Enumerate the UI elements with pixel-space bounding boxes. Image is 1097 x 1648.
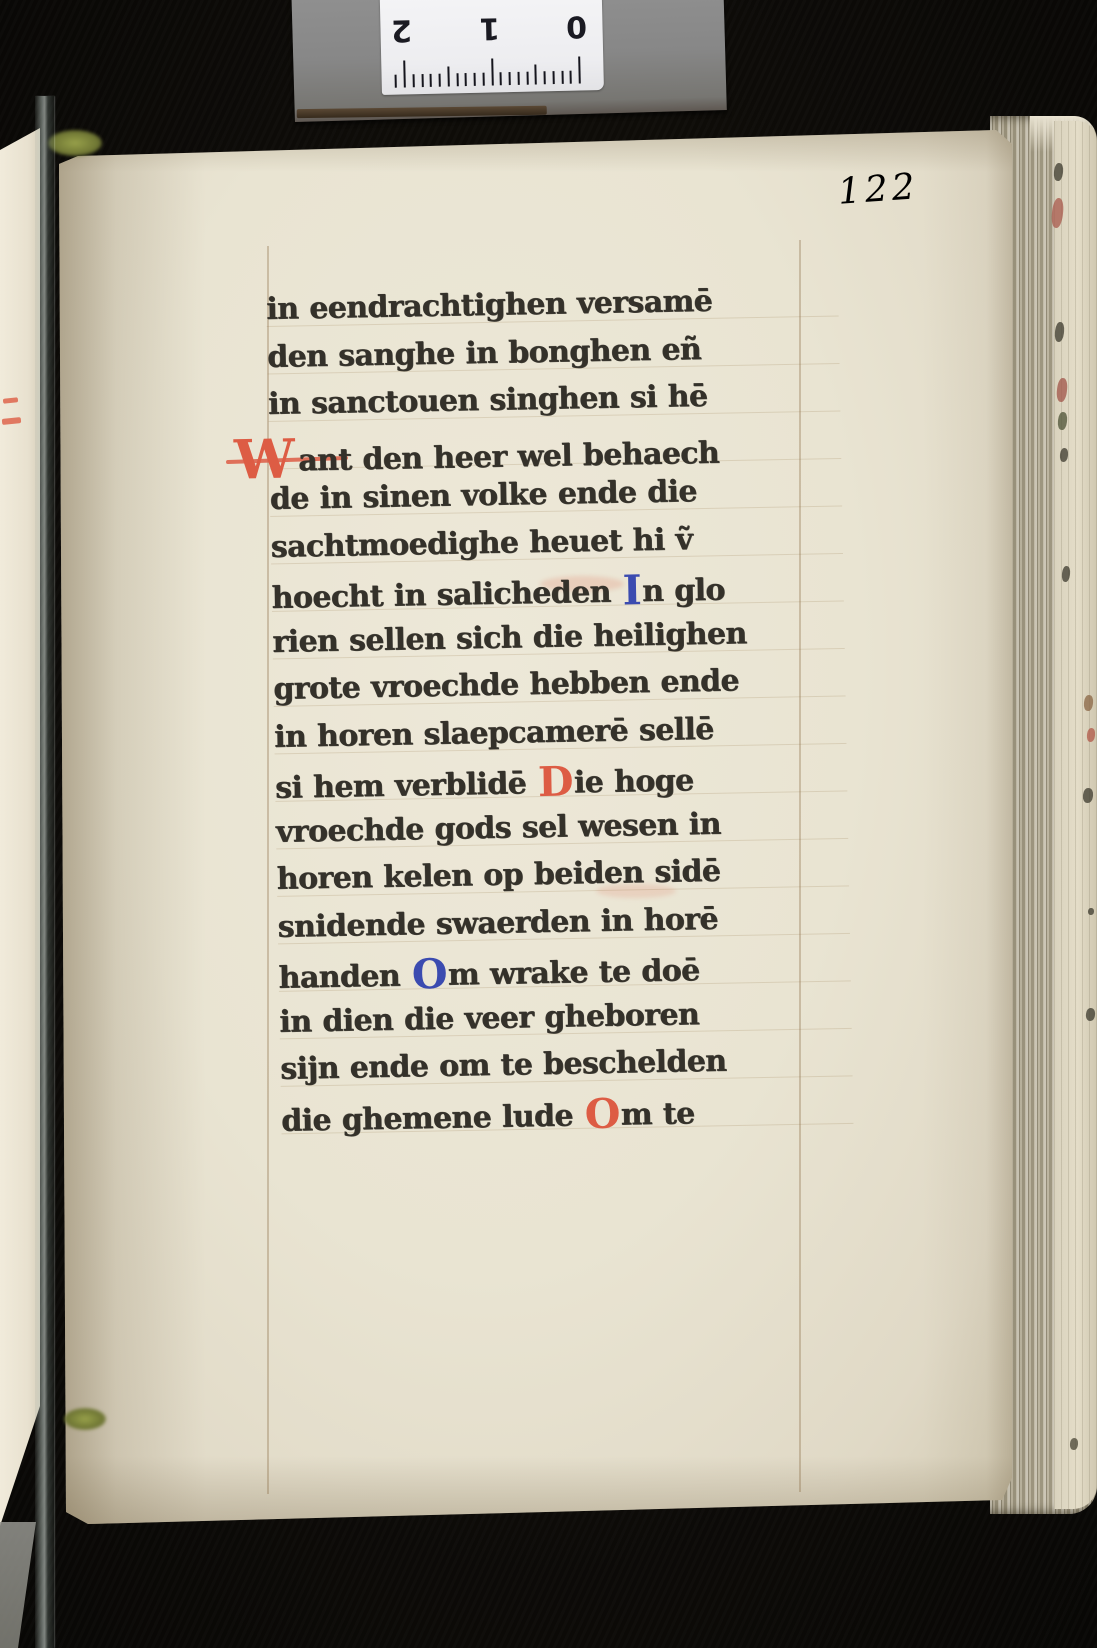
ruler-tick: [447, 66, 449, 86]
text-segment: die ghemene lude: [281, 1098, 584, 1139]
ruler-tick: [439, 74, 441, 87]
endband-fuzz-bottom: [64, 1408, 106, 1430]
text-segment: hoecht in salicheden: [271, 575, 622, 616]
ruler-tick: [552, 71, 554, 84]
rubricated-initial: D: [537, 757, 575, 806]
text-segment: de in sinen volke ende die: [270, 474, 698, 517]
ruler-tick: [465, 73, 467, 86]
ruler-tick: [500, 72, 502, 85]
ruler-tick: [570, 71, 572, 84]
facing-page-red-mark: [2, 417, 22, 425]
text-segment: rien sellen sich die heilighen: [272, 616, 747, 660]
rubricated-initial: I: [621, 566, 642, 614]
manuscript-photo: 2 1 0 122 in eendrachtighen versamēden s…: [0, 0, 1097, 1648]
rubricated-initial: O: [583, 1089, 621, 1138]
text-segment: in dien die veer gheboren: [279, 997, 699, 1040]
rubricated-initial: O: [410, 950, 448, 999]
text-segment: m wrake te doē: [448, 953, 700, 993]
text-segment: den sanghe in bonghen eñ: [267, 332, 701, 375]
ruler-tick: [509, 72, 511, 85]
ruler-tick: [421, 74, 423, 87]
endband-fuzz-top: [48, 130, 102, 156]
glass-sheet-edge-bottom: [0, 1522, 40, 1648]
facing-page-red-mark: [3, 397, 18, 404]
text-segment: sijn ende om te beschelden: [280, 1044, 727, 1087]
ruler-tick: [412, 74, 414, 87]
ruler-tick: [456, 73, 458, 86]
ruler-tick: [561, 71, 563, 84]
text-segment: in eendrachtighen versamē: [266, 284, 712, 327]
ruler-tick: [578, 56, 581, 83]
facing-page-sliver: [0, 118, 40, 1532]
ruler-tick: [535, 64, 537, 84]
ruler-tick: [474, 73, 476, 86]
glass-sheet-edge: [35, 96, 54, 1648]
ruler-tick: [526, 72, 528, 85]
text-segment: m te: [621, 1096, 695, 1132]
text-segment: n glo: [642, 573, 725, 610]
ruler-label-2: 2: [386, 14, 417, 45]
ruler-tick: [482, 73, 484, 86]
ruler-tick: [430, 74, 432, 87]
text-segment: in sanctouen singhen si hē: [268, 379, 708, 422]
ruler-tick: [491, 58, 494, 85]
text-segment: snidende swaerden in horē: [277, 901, 718, 944]
ruler-scale: 2 1 0: [380, 0, 604, 95]
ruler-block: 2 1 0: [291, 0, 727, 122]
ruler-label-1: 1: [474, 12, 505, 43]
ruler-ticks: [389, 49, 598, 88]
text-segment: grote vroechde hebben ende: [273, 663, 739, 707]
text-segment: in horen slaepcamerē sellē: [274, 711, 714, 754]
text-segment: handen: [278, 958, 411, 995]
ruler-block-edge: [297, 106, 547, 118]
ruler-tick: [403, 60, 406, 87]
text-segment: sachtmoedighe heuet hi ṽ: [270, 522, 692, 565]
ruler-tick: [544, 71, 546, 84]
ruler-label-0: 0: [561, 10, 592, 41]
text-segment: si hem verblidē: [275, 766, 537, 806]
ruler-tick: [517, 72, 519, 85]
rubricated-initial: W: [233, 426, 296, 491]
manuscript-page: 122 in eendrachtighen versamēden sanghe …: [56, 126, 1012, 1526]
text-segment: vroechde gods sel wesen in: [276, 806, 721, 849]
ruler-tick: [395, 75, 397, 88]
text-block: in eendrachtighen versamēden sanghe in b…: [266, 276, 854, 1141]
text-segment: ie hoge: [574, 763, 694, 800]
folio-number: 122: [837, 169, 920, 211]
text-segment: horen kelen op beiden sidē: [277, 854, 721, 897]
